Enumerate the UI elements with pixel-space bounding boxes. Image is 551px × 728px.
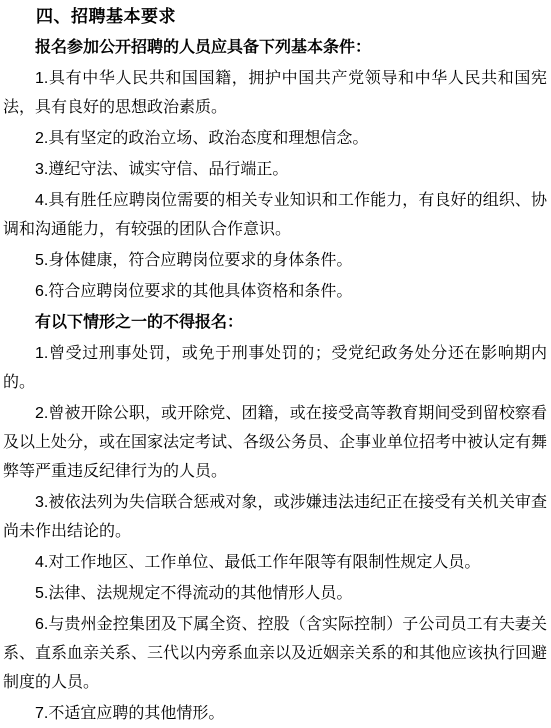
basic-conditions-intro: 报名参加公开招聘的人员应具备下列基本条件： [3, 33, 547, 62]
basic-condition-item-6: 6.符合应聘岗位要求的其他具体资格和条件。 [3, 277, 547, 306]
basic-condition-item-1: 1.具有中华人民共和国国籍，拥护中国共产党领导和中华人民共和国宪法，具有良好的思… [3, 64, 547, 122]
disqualification-heading: 有以下情形之一的不得报名： [3, 308, 547, 337]
disqualification-item-7: 7.不适宜应聘的其他情形。 [3, 699, 547, 728]
basic-conditions-list: 1.具有中华人民共和国国籍，拥护中国共产党领导和中华人民共和国宪法，具有良好的思… [3, 64, 547, 306]
disqualification-item-4: 4.对工作地区、工作单位、最低工作年限等有限制性规定人员。 [3, 548, 547, 577]
basic-condition-item-5: 5.身体健康，符合应聘岗位要求的身体条件。 [3, 246, 547, 275]
document-page: 四、招聘基本要求 报名参加公开招聘的人员应具备下列基本条件： 1.具有中华人民共… [0, 0, 551, 728]
basic-condition-item-3: 3.遵纪守法、诚实守信、品行端正。 [3, 155, 547, 184]
disqualification-item-5: 5.法律、法规规定不得流动的其他情形人员。 [3, 579, 547, 608]
disqualification-item-2: 2.曾被开除公职，或开除党、团籍，或在接受高等教育期间受到留校察看及以上处分，或… [3, 399, 547, 486]
basic-condition-item-4: 4.具有胜任应聘岗位需要的相关专业知识和工作能力，有良好的组织、协调和沟通能力，… [3, 186, 547, 244]
section-heading: 四、招聘基本要求 [3, 2, 547, 31]
basic-condition-item-2: 2.具有坚定的政治立场、政治态度和理想信念。 [3, 124, 547, 153]
disqualification-item-1: 1.曾受过刑事处罚，或免于刑事处罚的；受党纪政务处分还在影响期内的。 [3, 339, 547, 397]
disqualification-item-6: 6.与贵州金控集团及下属全资、控股（含实际控制）子公司员工有夫妻关系、直系血亲关… [3, 610, 547, 697]
disqualification-list: 1.曾受过刑事处罚，或免于刑事处罚的；受党纪政务处分还在影响期内的。 2.曾被开… [3, 339, 547, 728]
disqualification-item-3: 3.被依法列为失信联合惩戒对象，或涉嫌违法违纪正在接受有关机关审查尚未作出结论的… [3, 488, 547, 546]
